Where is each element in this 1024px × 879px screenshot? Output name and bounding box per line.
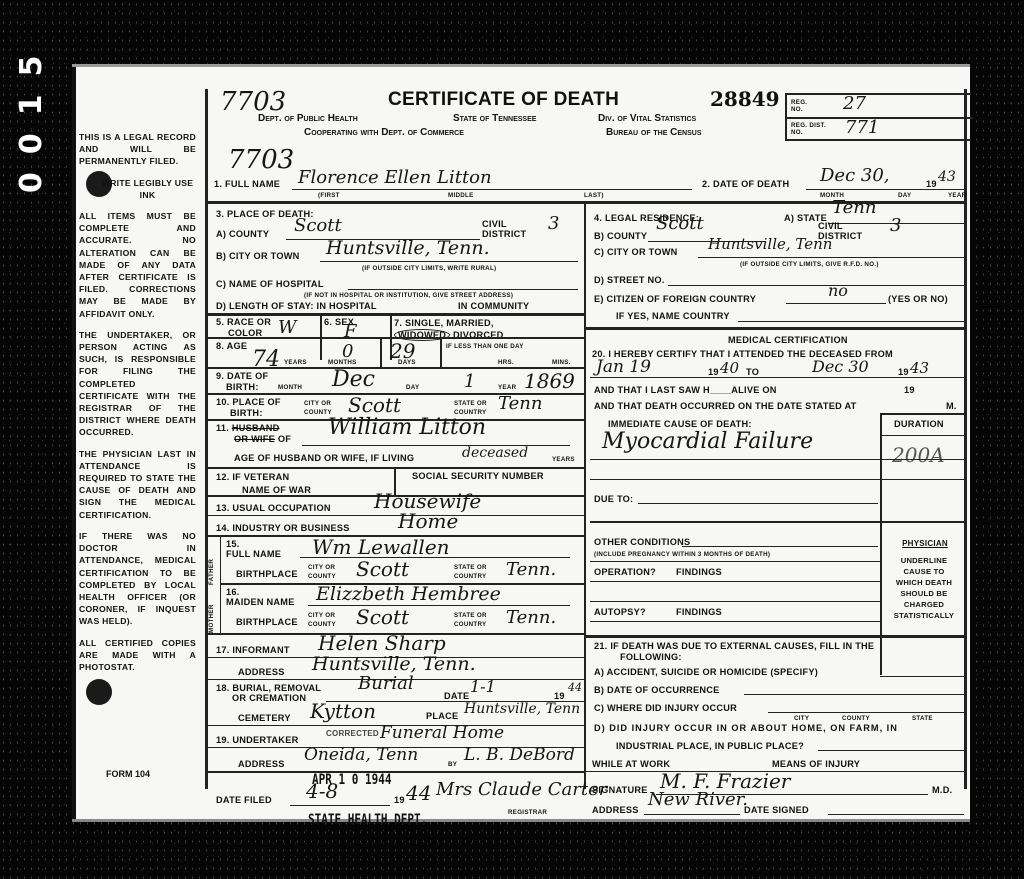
date-filed: 4-8 [306,779,338,803]
immediate-cause: Myocardial Failure [602,429,813,454]
burial-date: 1-1 [470,677,496,696]
certificate-form: 7703 CERTIFICATE OF DEATH 28849 Dept. of… [205,89,967,789]
certificate-title: CERTIFICATE OF DEATH [388,89,619,111]
physician-note-title: PHYSICIAN [888,539,962,548]
bureau-label: Bureau of the Census [606,127,702,138]
birth-year: 1869 [524,369,575,393]
mother-maiden-name: Elizzbeth Hembree [316,583,501,605]
instruction-physician: THE PHYSICIAN LAST IN ATTENDANCE IS REQU… [79,448,196,521]
attended-from-year: 40 [720,359,739,377]
file-number-second: 7703 [228,145,294,175]
reg-number: 27 [843,93,866,114]
birth-day: 1 [464,371,475,392]
undertaker-signature: L. B. DeBord [464,745,575,765]
father-birthplace: Scott [356,557,409,581]
informant-address: Huntsville, Tenn. [312,653,476,675]
informant-name: Helen Sharp [318,631,446,655]
physician-note: UNDERLINECAUSE TOWHICH DEATHSHOULD BECHA… [884,555,964,621]
instructions-sidebar: THIS IS A LEGAL RECORD AND WILL BE PERMA… [72,67,200,819]
attended-to: Dec 30 [812,357,869,376]
father-side-label: FATHER [208,545,215,585]
disposition: Burial [358,673,414,694]
state-label: State of Tennessee [453,113,536,124]
instruction-no-doctor: IF THERE WAS NO DOCTOR IN ATTENDANCE, ME… [79,530,196,628]
mother-birthplace: Scott [356,605,409,629]
registration-box: REG. NO. 27 REG. DIST. NO. 771 [785,93,971,141]
form-number: FORM 104 [106,769,150,779]
father-name: Wm Lewallen [312,535,450,559]
burial-year: 44 [568,681,582,694]
foreign-citizen: no [828,281,848,300]
physician-address: New River. [648,789,748,810]
corrected-stamp: CORRECTED [326,729,379,738]
spouse-name: William Litton [328,415,486,440]
death-year: 43 [938,169,956,185]
industry: Home [398,509,458,533]
mother-side-label: MOTHER [208,593,215,633]
instruction-photostat: ALL CERTIFIED COPIES ARE MADE WITH A PHO… [79,637,196,674]
residence-county: Scott [656,213,704,234]
birth-city: Scott [348,393,401,417]
cemetery: Kytton [310,699,376,723]
filed-year: 44 [406,781,431,805]
instruction-undertaker: THE UNDERTAKER, OR PERSON ACTING AS SUCH… [79,329,196,439]
burial-place: Huntsville, Tenn [464,701,580,717]
death-city: Huntsville, Tenn. [326,237,490,259]
dept-label: Dept. of Public Health [258,113,358,124]
instruction-complete: ALL ITEMS MUST BE COMPLETE AND ACCURATE.… [79,210,196,320]
state-health-dept-stamp: STATE HEALTH DEPT. [308,811,427,828]
death-district: 3 [548,213,559,234]
attended-from: Jan 19 [596,357,651,377]
mother-birth-state: Tenn. [506,607,556,628]
undertaker-address: Oneida, Tenn [304,745,418,765]
instruction-legal: THIS IS A LEGAL RECORD AND WILL BE PERMA… [79,131,196,168]
birth-state: Tenn [498,393,542,414]
duration-value: 200A [892,443,945,467]
instruction-legibly: WRITE LEGIBLY USE INK [79,177,196,201]
division-label: Div. of Vital Statistics [598,113,696,124]
residence-city: Huntsville, Tenn [708,235,832,253]
microfilm-frame-number: 0015 [14,0,54,230]
race: W [278,317,297,338]
certificate-number: 28849 [710,87,780,111]
birth-month: Dec [332,367,375,392]
residence-state: Tenn [832,197,876,218]
date-of-death: Dec 30, [820,165,890,186]
death-county: Scott [294,215,342,236]
cooperating-label: Cooperating with Dept. of Commerce [304,127,464,138]
attended-to-year: 43 [910,359,929,377]
father-birth-state: Tenn. [506,559,556,580]
funeral-home: Funeral Home [380,723,504,743]
sex: F [344,321,357,342]
registrar-signature: Mrs Claude Carter [436,779,607,800]
residence-district: 3 [890,215,901,236]
reg-dist-number: 771 [845,117,879,138]
full-name: Florence Ellen Litton [298,167,492,188]
death-certificate: THIS IS A LEGAL RECORD AND WILL BE PERMA… [72,64,970,822]
spouse-age: deceased [462,445,528,461]
